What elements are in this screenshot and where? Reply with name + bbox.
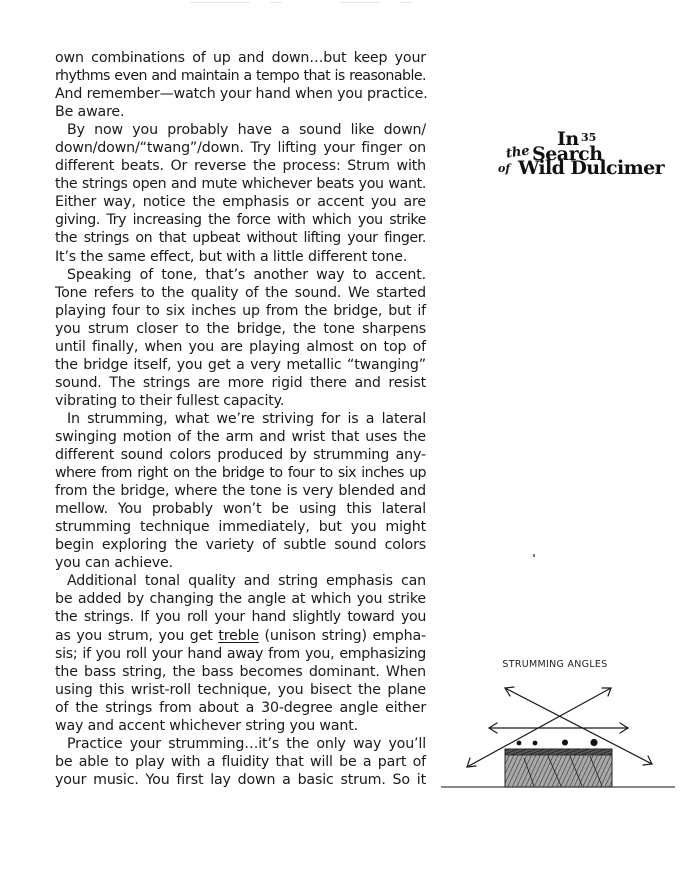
text-line: be able to play with a fluidity that wil… xyxy=(55,753,426,771)
scan-artifact-marks xyxy=(190,2,450,5)
text-line: different sound colors produced by strum… xyxy=(55,446,426,464)
strumming-angles-figure: STRUMMING ANGLES xyxy=(430,650,680,800)
strumming-angles-diagram xyxy=(430,650,680,800)
text-line: By now you probably have a sound like do… xyxy=(55,121,426,139)
text-line: mellow. You probably won’t be using this… xyxy=(55,500,426,518)
text-line: using this wrist-roll technique, you bis… xyxy=(55,681,426,699)
arrow-horizontal xyxy=(489,723,628,733)
paragraph-4: In strumming, what we’re striving for is… xyxy=(55,410,426,572)
text-line: Speaking of tone, that’s another way to … xyxy=(55,266,426,284)
text-line: vibrating to their fullest capacity. xyxy=(55,392,426,410)
running-head: In 35 the Search of Wild Dulcimer xyxy=(500,131,660,187)
running-head-wild-dulcimer: Wild Dulcimer xyxy=(518,157,664,179)
text-line: you strum closer to the bridge, the tone… xyxy=(55,320,426,338)
text-line: your music. You first lay down a basic s… xyxy=(55,771,426,789)
text-line: Additional tonal quality and string emph… xyxy=(55,572,426,590)
paragraph-1: own combinations of up and down…but keep… xyxy=(55,49,426,121)
text-line: way and accent whichever string you want… xyxy=(55,717,426,735)
text-line: be added by changing the angle at which … xyxy=(55,590,426,608)
string-dots xyxy=(517,739,598,746)
fretboard-block xyxy=(505,749,612,787)
text-line: the strings. If you roll your hand sligh… xyxy=(55,608,426,626)
text-line: Either way, notice the emphasis or accen… xyxy=(55,193,426,211)
text-line: And remember—watch your hand when you pr… xyxy=(55,85,426,103)
underlined-term-treble: treble xyxy=(218,628,259,644)
text-fragment: (unison string) empha- xyxy=(259,628,426,644)
text-line: where from right on the bridge to four t… xyxy=(55,464,426,482)
text-line: In strumming, what we’re striving for is… xyxy=(55,410,426,428)
text-line: Practice your strumming…it’s the only wa… xyxy=(55,735,426,753)
text-line: sound. The strings are more rigid there … xyxy=(55,374,426,392)
text-line: giving. Try increasing the force with wh… xyxy=(55,211,426,229)
text-line: Be aware. xyxy=(55,103,426,121)
text-line: from the bridge, where the tone is very … xyxy=(55,482,426,500)
text-line: playing four to six inches up from the b… xyxy=(55,302,426,320)
book-page: own combinations of up and down…but keep… xyxy=(0,0,680,882)
body-text-column: own combinations of up and down…but keep… xyxy=(55,49,426,789)
text-line: Tone refers to the quality of the sound.… xyxy=(55,284,426,302)
text-line: begin exploring the variety of subtle so… xyxy=(55,536,426,554)
text-line: the strings open and mute whichever beat… xyxy=(55,175,426,193)
text-line: the bass string, the bass becomes domina… xyxy=(55,663,426,681)
text-line: different beats. Or reverse the process:… xyxy=(55,157,426,175)
text-line: you can achieve. xyxy=(55,554,426,572)
text-line: strumming technique immediately, but you… xyxy=(55,518,426,536)
text-line: own combinations of up and down…but keep… xyxy=(55,49,426,67)
text-line: as you strum, you get treble (unison str… xyxy=(55,627,426,645)
text-line: the bridge itself, you get a very metall… xyxy=(55,356,426,374)
text-line: swinging motion of the arm and wrist tha… xyxy=(55,428,426,446)
text-line: the strings on that upbeat without lifti… xyxy=(55,229,426,247)
running-head-of: of xyxy=(498,162,510,175)
text-line: rhythms even and maintain a tempo that i… xyxy=(55,67,426,85)
paragraph-6: Practice your strumming…it’s the only wa… xyxy=(55,735,426,789)
text-line: sis; if you roll your hand away from you… xyxy=(55,645,426,663)
text-line: of the strings from about a 30-degree an… xyxy=(55,699,426,717)
paragraph-2: By now you probably have a sound like do… xyxy=(55,121,426,265)
scan-speck xyxy=(533,554,535,557)
text-line: It’s the same effect, but with a little … xyxy=(55,248,426,266)
text-line: down/down/“twang”/down. Try lifting your… xyxy=(55,139,426,157)
paragraph-3: Speaking of tone, that’s another way to … xyxy=(55,266,426,410)
paragraph-5: Additional tonal quality and string emph… xyxy=(55,572,426,734)
text-line: until finally, when you are playing almo… xyxy=(55,338,426,356)
text-fragment: as you strum, you get xyxy=(55,628,218,644)
